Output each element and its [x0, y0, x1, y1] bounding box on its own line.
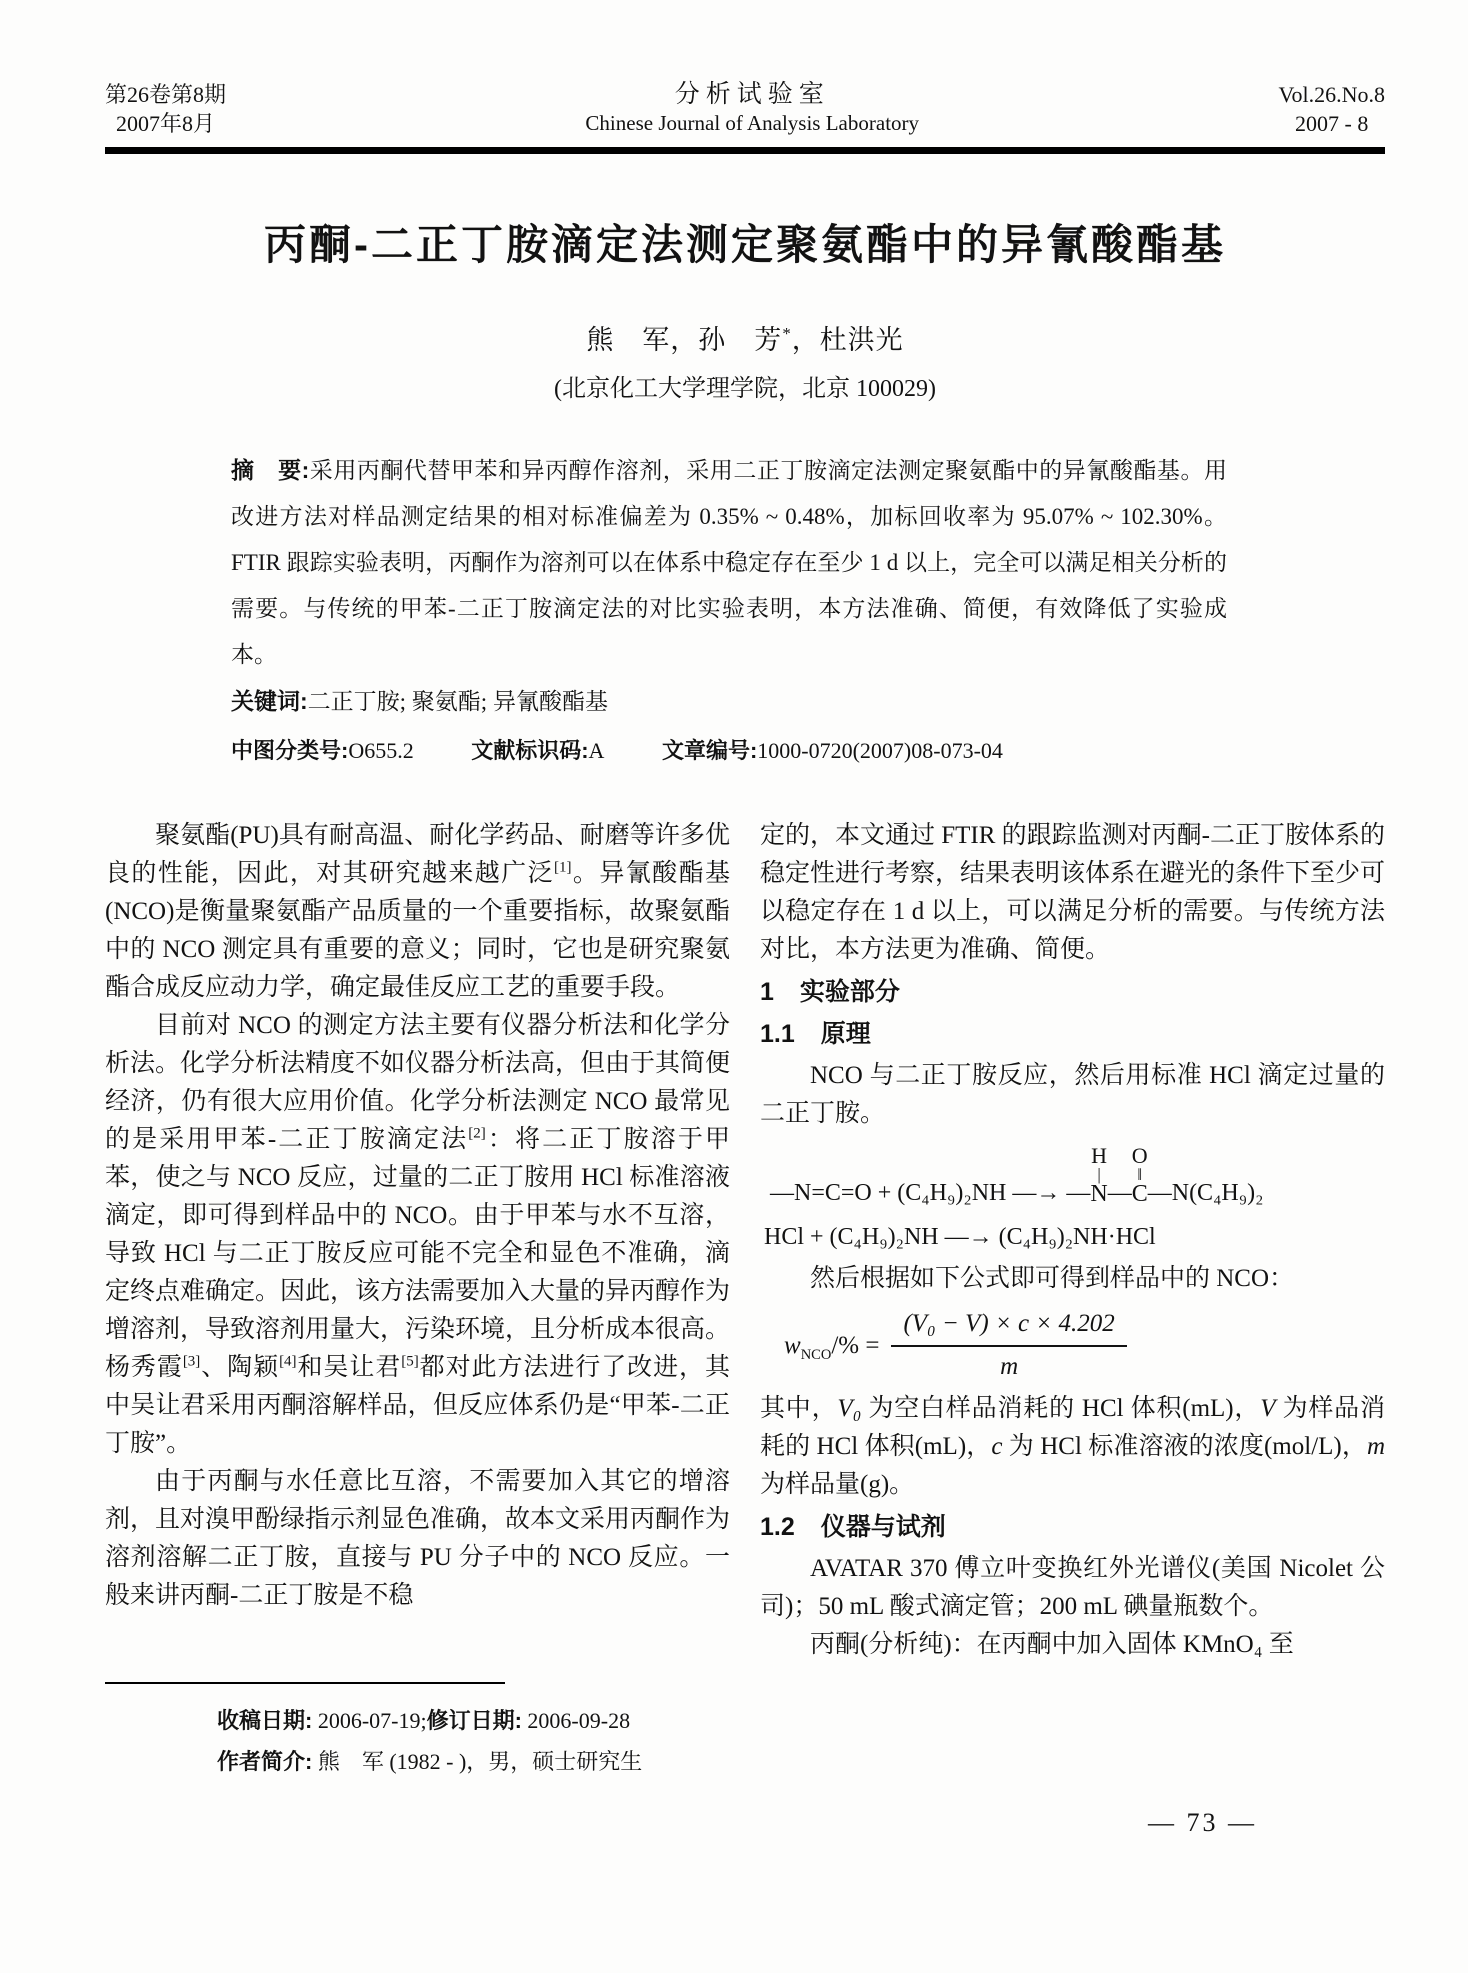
eq-reactants: —N=C=O + (C₄H₉)₂NH	[770, 1181, 1006, 1206]
paragraph: 然后根据如下公式即可得到样品中的 NCO：	[760, 1260, 1385, 1298]
section-number: 1	[760, 978, 774, 1006]
page: 第26卷第8期 2007年8月 分析试验室 Chinese Journal of…	[0, 0, 1468, 1838]
clc-label: 中图分类号:	[231, 738, 348, 763]
right-column: 定的，本文通过 FTIR 的跟踪监测对丙酮-二正丁胺体系的稳定性进行考察，结果表…	[760, 817, 1385, 1664]
section-heading-1-1: 1.1原理	[760, 1015, 1385, 1053]
section-label: 实验部分	[800, 978, 900, 1006]
journal-vol-block: Vol.26.No.8 2007 - 8	[1278, 80, 1385, 138]
paragraph: 其中，V₀ 为空白样品消耗的 HCl 体积(mL)，V 为样品消耗的 HCl 体…	[760, 1390, 1385, 1504]
paragraph: 定的，本文通过 FTIR 的跟踪监测对丙酮-二正丁胺体系的稳定性进行考察，结果表…	[760, 817, 1385, 969]
section-number: 1.1	[760, 1020, 795, 1048]
atom-n: N	[1090, 1182, 1107, 1206]
paragraph: 由于丙酮与水任意比互溶，不需要加入其它的增溶剂，且对溴甲酚绿指示剂显色准确，故本…	[105, 1463, 730, 1615]
paragraph: AVATAR 370 傅立叶变换红外光谱仪(美国 Nicolet 公司)；50 …	[760, 1550, 1385, 1626]
formula-w-subscript: NCO	[801, 1347, 832, 1363]
journal-date-cn: 2007年8月	[105, 109, 226, 138]
clc-item: 中图分类号:O655.2	[231, 738, 414, 763]
eq-bond-dash: —	[1148, 1181, 1172, 1206]
chem-equation-urea-formation: —N=C=O + (C₄H₉)₂NH —→ — H | N — O ‖ C — …	[770, 1145, 1385, 1206]
journal-header: 第26卷第8期 2007年8月 分析试验室 Chinese Journal of…	[105, 80, 1385, 138]
formula-equals: /% =	[831, 1332, 879, 1359]
abstract-text: 采用丙酮代替甲苯和异丙醇作溶剂，采用二正丁胺滴定法测定聚氨酯中的异氰酸酯基。用改…	[231, 458, 1227, 667]
journal-vol-en: Vol.26.No.8	[1278, 80, 1385, 109]
header-rule	[105, 147, 1385, 154]
classification-line: 中图分类号:O655.2 文献标识码:A 文章编号:1000-0720(2007…	[231, 729, 1265, 773]
authors-line: 熊 军，孙 芳*，杜洪光	[105, 318, 1385, 357]
doc-code-label: 文献标识码:	[471, 738, 588, 763]
journal-name-en: Chinese Journal of Analysis Laboratory	[585, 109, 919, 138]
eq-product-tail: N(C₄H₉)₂	[1172, 1181, 1264, 1206]
chem-equation-hcl-titration: HCl + (C₄H₉)₂NH —→ (C₄H₉)₂NH·HCl	[764, 1218, 1385, 1256]
formula-fraction: (V₀ − V) × c × 4.202 m	[891, 1308, 1126, 1382]
journal-name-block: 分析试验室 Chinese Journal of Analysis Labora…	[585, 80, 919, 138]
revised-label: 修订日期:	[427, 1708, 522, 1733]
section-label: 仪器与试剂	[821, 1513, 946, 1541]
single-bond: |	[1097, 1168, 1100, 1182]
c-o-stack: O ‖ C	[1132, 1145, 1148, 1206]
clc-value: O655.2	[348, 738, 413, 763]
article-id-label: 文章编号:	[662, 738, 757, 763]
article-id-item: 文章编号:1000-0720(2007)08-073-04	[662, 738, 1003, 763]
double-bond: ‖	[1137, 1168, 1142, 1182]
body-columns: 聚氨酯(PU)具有耐高温、耐化学药品、耐磨等许多优良的性能，因此，对其研究越来越…	[105, 817, 1385, 1664]
revised-value: 2006-09-28	[527, 1708, 630, 1733]
formula-w: w	[784, 1332, 801, 1359]
doc-code-value: A	[589, 738, 605, 763]
reaction-arrow: —→	[1012, 1181, 1060, 1206]
left-column: 聚氨酯(PU)具有耐高温、耐化学药品、耐磨等许多优良的性能，因此，对其研究越来越…	[105, 817, 730, 1664]
paragraph: 丙酮(分析纯)：在丙酮中加入固体 KMnO₄ 至	[760, 1626, 1385, 1664]
eq-bond-dash: —	[1108, 1181, 1132, 1206]
paragraph: 聚氨酯(PU)具有耐高温、耐化学药品、耐磨等许多优良的性能，因此，对其研究越来越…	[105, 817, 730, 1007]
article-id-value: 1000-0720(2007)08-073-04	[757, 738, 1003, 763]
footnote-rule	[105, 1682, 505, 1684]
section-number: 1.2	[760, 1513, 795, 1541]
footnote-lines: 收稿日期: 2006-07-19;修订日期: 2006-09-28 作者简介: …	[217, 1700, 1385, 1782]
journal-issue-block: 第26卷第8期 2007年8月	[105, 80, 226, 138]
received-label: 收稿日期:	[217, 1708, 312, 1733]
abstract-label: 摘 要:	[231, 457, 309, 483]
keywords-label: 关键词:	[231, 688, 308, 714]
abstract-section: 摘 要:采用丙酮代替甲苯和异丙醇作溶剂，采用二正丁胺滴定法测定聚氨酯中的异氰酸酯…	[231, 447, 1227, 678]
formula-numerator: (V₀ − V) × c × 4.202	[891, 1308, 1126, 1346]
footnote-dates: 收稿日期: 2006-07-19;修订日期: 2006-09-28	[217, 1700, 1385, 1741]
bio-value: 熊 军 (1982 - )，男，硕士研究生	[318, 1749, 642, 1774]
paragraph: NCO 与二正丁胺反应，然后用标准 HCl 滴定过量的二正丁胺。	[760, 1057, 1385, 1133]
eq-bond-dash: —	[1066, 1181, 1090, 1206]
section-heading-1: 1实验部分	[760, 973, 1385, 1011]
section-heading-1-2: 1.2仪器与试剂	[760, 1508, 1385, 1546]
received-value: 2006-07-19;	[318, 1708, 427, 1733]
journal-date-en: 2007 - 8	[1278, 109, 1385, 138]
formula-denominator: m	[1000, 1347, 1018, 1382]
formula-lhs: wNCO/% =	[784, 1330, 879, 1361]
atom-c: C	[1132, 1182, 1148, 1206]
article-title: 丙酮-二正丁胺滴定法测定聚氨酯中的异氰酸酯基	[105, 212, 1385, 272]
keywords-text: 二正丁胺; 聚氨酯; 异氰酸酯基	[308, 689, 608, 714]
bio-label: 作者简介:	[217, 1749, 312, 1774]
paragraph: 目前对 NCO 的测定方法主要有仪器分析法和化学分析法。化学分析法精度不如仪器分…	[105, 1007, 730, 1463]
keywords-line: 关键词:二正丁胺; 聚氨酯; 异氰酸酯基	[231, 678, 1227, 725]
nco-mass-fraction-formula: wNCO/% = (V₀ − V) × c × 4.202 m	[784, 1308, 1385, 1382]
footnote-section: 收稿日期: 2006-07-19;修订日期: 2006-09-28 作者简介: …	[105, 1682, 1385, 1782]
page-number: — 73 —	[105, 1808, 1257, 1838]
journal-name-cn: 分析试验室	[585, 80, 919, 109]
journal-issue-cn: 第26卷第8期	[105, 80, 226, 109]
doc-code-item: 文献标识码:A	[471, 738, 604, 763]
n-h-stack: H | N	[1090, 1145, 1107, 1206]
footnote-bio: 作者简介: 熊 军 (1982 - )，男，硕士研究生	[217, 1741, 1385, 1782]
affiliation-line: (北京化工大学理学院，北京 100029)	[105, 368, 1385, 403]
section-label: 原理	[821, 1020, 871, 1048]
